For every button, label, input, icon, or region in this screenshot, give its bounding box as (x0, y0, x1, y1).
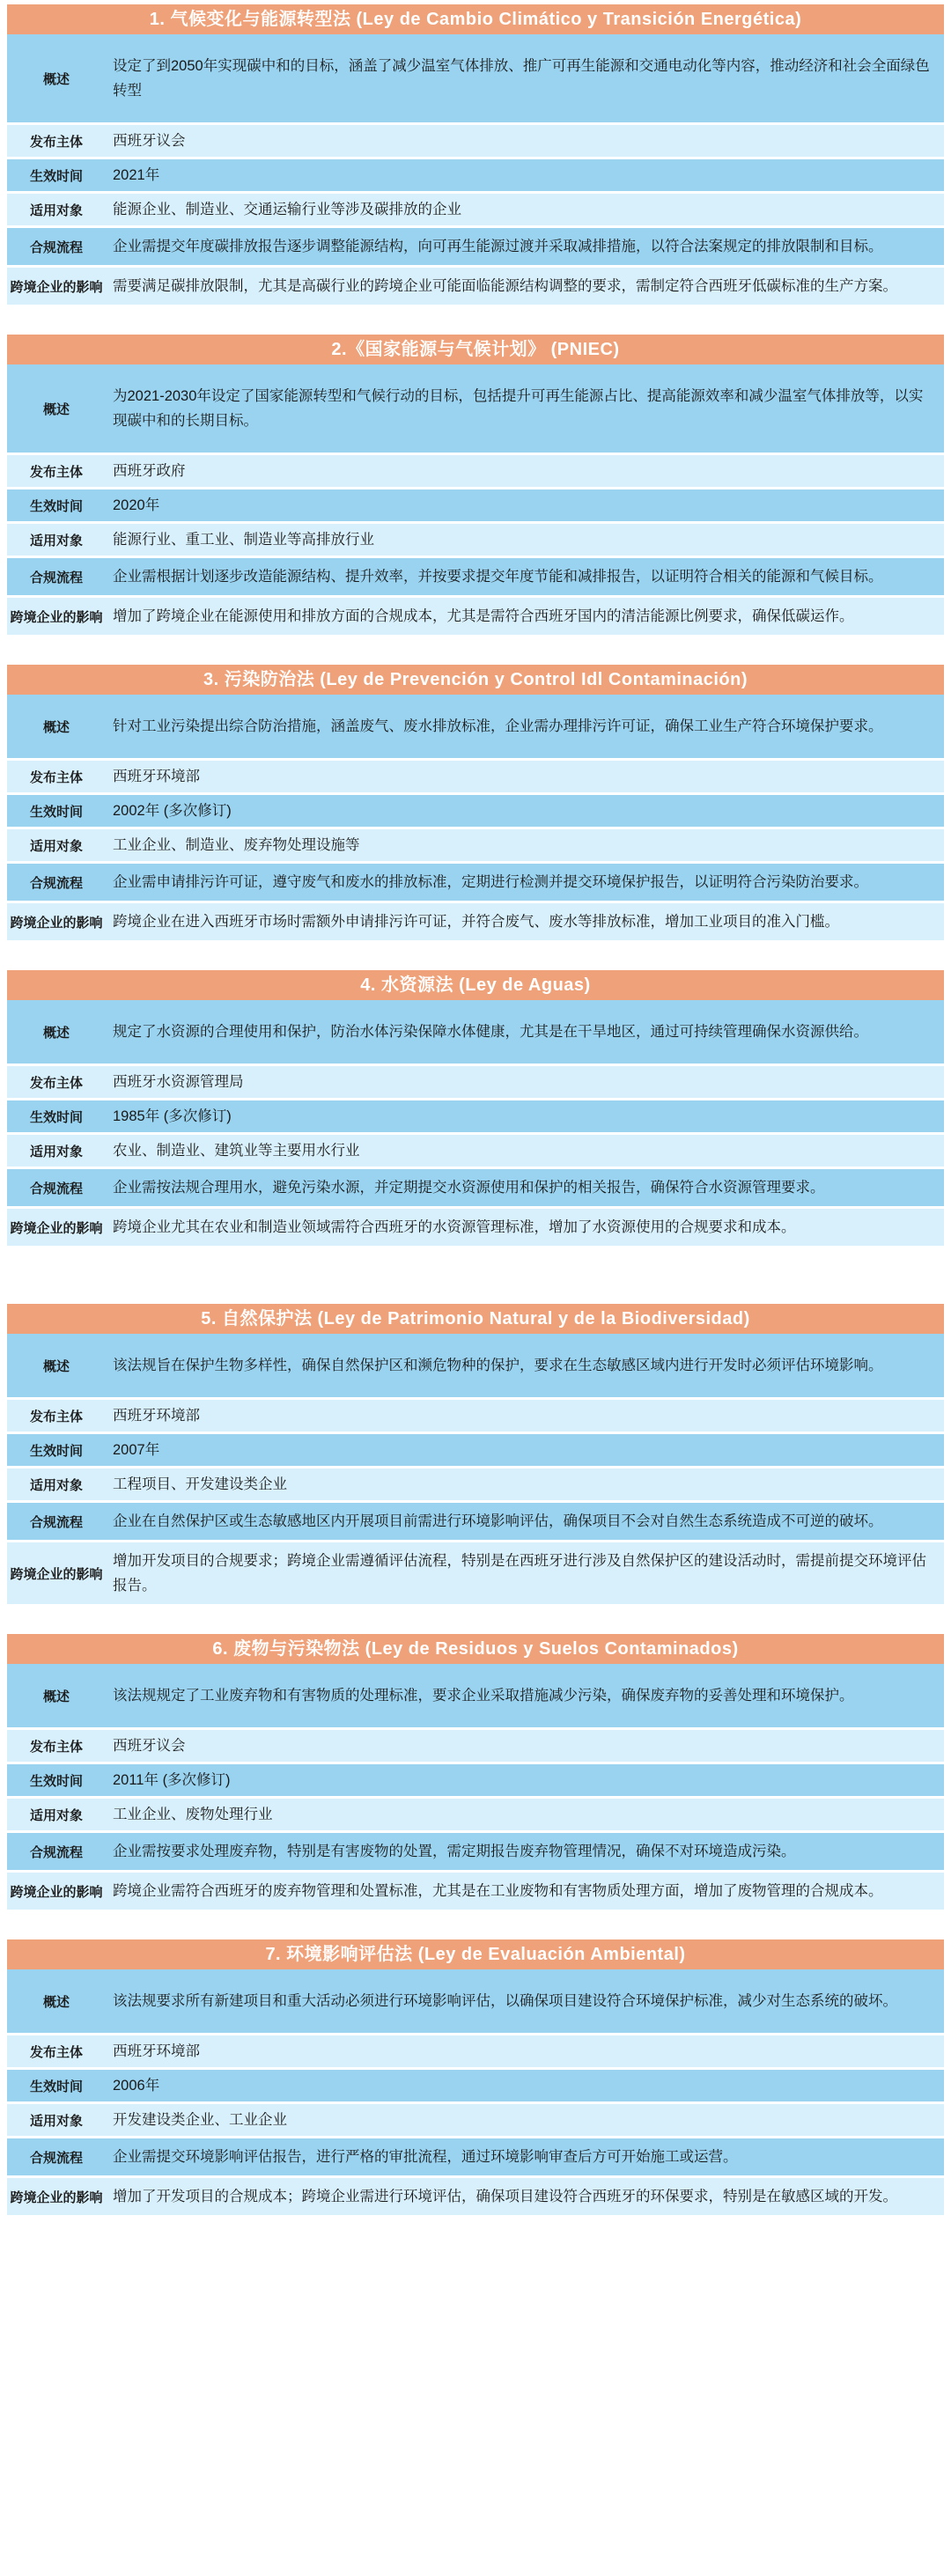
row-value: 企业在自然保护区或生态敏感地区内开展项目前需进行环境影响评估，确保项目不会对自然… (113, 1509, 883, 1534)
row-issuer: 发布主体 西班牙议会 (7, 1727, 944, 1762)
row-label: 合规流程 (7, 864, 106, 901)
row-label: 适用对象 (7, 1799, 106, 1830)
row-label: 跨境企业的影响 (7, 1873, 106, 1910)
row-compliance-process: 合规流程 企业在自然保护区或生态敏感地区内开展项目前需进行环境影响评估，确保项目… (7, 1500, 944, 1540)
row-cross-border-impact: 跨境企业的影响 增加了跨境企业在能源使用和排放方面的合规成本，尤其是需符合西班牙… (7, 595, 944, 635)
row-label: 合规流程 (7, 2138, 106, 2175)
row-value: 西班牙水资源管理局 (113, 1070, 244, 1094)
row-value: 2007年 (113, 1438, 159, 1462)
row-issuer: 发布主体 西班牙议会 (7, 122, 944, 157)
spain-environmental-laws-table: 1. 气候变化与能源转型法 (Ley de Cambio Climático y… (0, 0, 951, 2217)
row-value: 企业需按法规合理用水，避免污染水源，并定期提交水资源使用和保护的相关报告，确保符… (113, 1175, 825, 1200)
row-compliance-process: 合规流程 企业需按法规合理用水，避免污染水源，并定期提交水资源使用和保护的相关报… (7, 1167, 944, 1206)
row-cross-border-impact: 跨境企业的影响 增加了开发项目的合规成本；跨境企业需进行环境评估，确保项目建设符… (7, 2175, 944, 2215)
row-value: 2021年 (113, 163, 159, 188)
row-effective-date: 生效时间 2006年 (7, 2067, 944, 2101)
row-value: 能源行业、重工业、制造业等高排放行业 (113, 527, 374, 552)
row-label: 合规流程 (7, 1169, 106, 1206)
row-value: 该法规规定了工业废弃物和有害物质的处理标准，要求企业采取措施减少污染，确保废弃物… (113, 1683, 854, 1708)
section-title: 6. 废物与污染物法 (Ley de Residuos y Suelos Con… (7, 1634, 944, 1664)
row-applicable-targets: 适用对象 能源行业、重工业、制造业等高排放行业 (7, 521, 944, 556)
row-label: 生效时间 (7, 1100, 106, 1132)
law-section-1: 1. 气候变化与能源转型法 (Ley de Cambio Climático y… (7, 4, 944, 305)
row-label: 概述 (7, 364, 106, 453)
row-value: 增加了开发项目的合规成本；跨境企业需进行环境评估，确保项目建设符合西班牙的环保要… (113, 2184, 897, 2209)
row-label: 生效时间 (7, 795, 106, 827)
row-label: 生效时间 (7, 2070, 106, 2101)
row-value: 工业企业、制造业、废弃物处理设施等 (113, 833, 360, 857)
row-label: 适用对象 (7, 2104, 106, 2136)
row-label: 概述 (7, 34, 106, 122)
row-value: 企业需申请排污许可证，遵守废气和废水的排放标准，定期进行检测并提交环境保护报告，… (113, 870, 868, 894)
row-value: 西班牙政府 (113, 459, 186, 483)
row-value: 工程项目、开发建设类企业 (113, 1472, 287, 1497)
row-overview: 概述 设定了到2050年实现碳中和的目标，涵盖了减少温室气体排放、推广可再生能源… (7, 34, 944, 122)
row-label: 适用对象 (7, 194, 106, 225)
law-section-7: 7. 环境影响评估法 (Ley de Evaluación Ambiental)… (7, 1939, 944, 2215)
law-section-5: 5. 自然保护法 (Ley de Patrimonio Natural y de… (7, 1304, 944, 1604)
row-applicable-targets: 适用对象 开发建设类企业、工业企业 (7, 2101, 944, 2136)
row-cross-border-impact: 跨境企业的影响 跨境企业尤其在农业和制造业领域需符合西班牙的水资源管理标准，增加… (7, 1206, 944, 1246)
row-label: 跨境企业的影响 (7, 1209, 106, 1246)
row-label: 概述 (7, 1969, 106, 2033)
row-value: 开发建设类企业、工业企业 (113, 2108, 287, 2132)
row-label: 概述 (7, 1334, 106, 1397)
row-label: 适用对象 (7, 829, 106, 861)
section-title: 2.《国家能源与气候计划》 (PNIEC) (7, 335, 944, 364)
row-label: 发布主体 (7, 761, 106, 792)
row-value: 跨境企业在进入西班牙市场时需额外申请排污许可证，并符合废气、废水等排放标准，增加… (113, 909, 839, 934)
row-applicable-targets: 适用对象 农业、制造业、建筑业等主要用水行业 (7, 1132, 944, 1167)
section-title: 4. 水资源法 (Ley de Aguas) (7, 970, 944, 1000)
row-label: 概述 (7, 1000, 106, 1064)
row-value: 企业需根据计划逐步改造能源结构、提升效率，并按要求提交年度节能和减排报告，以证明… (113, 564, 883, 589)
row-label: 生效时间 (7, 1764, 106, 1796)
row-applicable-targets: 适用对象 工业企业、废物处理行业 (7, 1796, 944, 1830)
row-overview: 概述 规定了水资源的合理使用和保护，防治水体污染保障水体健康，尤其是在干旱地区，… (7, 1000, 944, 1064)
row-value: 规定了水资源的合理使用和保护，防治水体污染保障水体健康，尤其是在干旱地区，通过可… (113, 1019, 868, 1044)
row-value: 该法规旨在保护生物多样性，确保自然保护区和濒危物种的保护，要求在生态敏感区域内进… (113, 1353, 883, 1378)
row-compliance-process: 合规流程 企业需根据计划逐步改造能源结构、提升效率，并按要求提交年度节能和减排报… (7, 556, 944, 595)
row-label: 跨境企业的影响 (7, 268, 106, 305)
row-label: 合规流程 (7, 1503, 106, 1540)
row-effective-date: 生效时间 2020年 (7, 487, 944, 521)
row-label: 跨境企业的影响 (7, 598, 106, 635)
row-label: 合规流程 (7, 558, 106, 595)
row-label: 概述 (7, 1664, 106, 1727)
row-value: 企业需提交环境影响评估报告，进行严格的审批流程，通过环境影响审查后方可开始施工或… (113, 2145, 738, 2169)
row-value: 需要满足碳排放限制，尤其是高碳行业的跨境企业可能面临能源结构调整的要求，需制定符… (113, 274, 897, 298)
row-value: 2020年 (113, 493, 159, 518)
row-effective-date: 生效时间 2007年 (7, 1432, 944, 1466)
row-label: 适用对象 (7, 524, 106, 556)
law-section-6: 6. 废物与污染物法 (Ley de Residuos y Suelos Con… (7, 1634, 944, 1910)
row-cross-border-impact: 跨境企业的影响 增加开发项目的合规要求；跨境企业需遵循评估流程，特别是在西班牙进… (7, 1540, 944, 1604)
row-label: 发布主体 (7, 1400, 106, 1432)
row-applicable-targets: 适用对象 工程项目、开发建设类企业 (7, 1466, 944, 1500)
row-label: 发布主体 (7, 1066, 106, 1098)
row-label: 生效时间 (7, 159, 106, 191)
row-issuer: 发布主体 西班牙环境部 (7, 2033, 944, 2067)
row-value: 工业企业、废物处理行业 (113, 1802, 273, 1827)
law-section-3: 3. 污染防治法 (Ley de Prevención y Control Id… (7, 665, 944, 940)
row-issuer: 发布主体 西班牙环境部 (7, 758, 944, 792)
row-cross-border-impact: 跨境企业的影响 需要满足碳排放限制，尤其是高碳行业的跨境企业可能面临能源结构调整… (7, 265, 944, 305)
row-label: 发布主体 (7, 1730, 106, 1762)
row-cross-border-impact: 跨境企业的影响 跨境企业需符合西班牙的废弃物管理和处置标准，尤其是在工业废物和有… (7, 1870, 944, 1910)
row-label: 适用对象 (7, 1468, 106, 1500)
row-value: 西班牙议会 (113, 1733, 186, 1758)
section-title: 3. 污染防治法 (Ley de Prevención y Control Id… (7, 665, 944, 695)
row-issuer: 发布主体 西班牙政府 (7, 453, 944, 487)
row-compliance-process: 合规流程 企业需提交年度碳排放报告逐步调整能源结构，向可再生能源过渡并采取减排措… (7, 225, 944, 265)
row-value: 西班牙环境部 (113, 764, 200, 789)
row-value: 能源企业、制造业、交通运输行业等涉及碳排放的企业 (113, 197, 461, 222)
row-value: 设定了到2050年实现碳中和的目标，涵盖了减少温室气体排放、推广可再生能源和交通… (113, 54, 933, 103)
row-effective-date: 生效时间 2002年 (多次修订) (7, 792, 944, 827)
row-overview: 概述 针对工业污染提出综合防治措施，涵盖废气、废水排放标准，企业需办理排污许可证… (7, 695, 944, 758)
row-label: 合规流程 (7, 1833, 106, 1870)
row-label: 合规流程 (7, 228, 106, 265)
row-label: 适用对象 (7, 1135, 106, 1167)
row-label: 跨境企业的影响 (7, 903, 106, 940)
row-issuer: 发布主体 西班牙水资源管理局 (7, 1064, 944, 1098)
row-value: 2011年 (多次修订) (113, 1768, 231, 1792)
section-title: 5. 自然保护法 (Ley de Patrimonio Natural y de… (7, 1304, 944, 1334)
row-overview: 概述 该法规规定了工业废弃物和有害物质的处理标准，要求企业采取措施减少污染，确保… (7, 1664, 944, 1727)
row-cross-border-impact: 跨境企业的影响 跨境企业在进入西班牙市场时需额外申请排污许可证，并符合废气、废水… (7, 901, 944, 940)
row-overview: 概述 为2021-2030年设定了国家能源转型和气候行动的目标，包括提升可再生能… (7, 364, 944, 453)
row-effective-date: 生效时间 2011年 (多次修订) (7, 1762, 944, 1796)
row-overview: 概述 该法规旨在保护生物多样性，确保自然保护区和濒危物种的保护，要求在生态敏感区… (7, 1334, 944, 1397)
row-applicable-targets: 适用对象 能源企业、制造业、交通运输行业等涉及碳排放的企业 (7, 191, 944, 225)
row-value: 西班牙议会 (113, 129, 186, 153)
row-label: 生效时间 (7, 1434, 106, 1466)
row-label: 发布主体 (7, 2035, 106, 2067)
row-label: 生效时间 (7, 489, 106, 521)
row-label: 跨境企业的影响 (7, 1542, 106, 1604)
row-value: 跨境企业尤其在农业和制造业领域需符合西班牙的水资源管理标准，增加了水资源使用的合… (113, 1215, 796, 1240)
row-value: 2002年 (多次修订) (113, 799, 232, 823)
row-issuer: 发布主体 西班牙环境部 (7, 1397, 944, 1432)
row-label: 跨境企业的影响 (7, 2178, 106, 2215)
row-value: 增加开发项目的合规要求；跨境企业需遵循评估流程，特别是在西班牙进行涉及自然保护区… (113, 1549, 933, 1598)
row-value: 企业需提交年度碳排放报告逐步调整能源结构，向可再生能源过渡并采取减排措施，以符合… (113, 234, 883, 259)
row-compliance-process: 合规流程 企业需申请排污许可证，遵守废气和废水的排放标准，定期进行检测并提交环境… (7, 861, 944, 901)
row-compliance-process: 合规流程 企业需按要求处理废弃物，特别是有害废物的处置，需定期报告废弃物管理情况… (7, 1830, 944, 1870)
row-value: 为2021-2030年设定了国家能源转型和气候行动的目标，包括提升可再生能源占比… (113, 384, 933, 433)
row-label: 发布主体 (7, 455, 106, 487)
row-applicable-targets: 适用对象 工业企业、制造业、废弃物处理设施等 (7, 827, 944, 861)
row-effective-date: 生效时间 1985年 (多次修订) (7, 1098, 944, 1132)
row-value: 西班牙环境部 (113, 1403, 200, 1428)
row-label: 发布主体 (7, 125, 106, 157)
row-value: 农业、制造业、建筑业等主要用水行业 (113, 1138, 360, 1163)
section-title: 7. 环境影响评估法 (Ley de Evaluación Ambiental) (7, 1939, 944, 1969)
row-value: 增加了跨境企业在能源使用和排放方面的合规成本，尤其是需符合西班牙国内的清洁能源比… (113, 604, 854, 629)
row-value: 跨境企业需符合西班牙的废弃物管理和处置标准，尤其是在工业废物和有害物质处理方面，… (113, 1879, 883, 1903)
row-value: 该法规要求所有新建项目和重大活动必须进行环境影响评估，以确保项目建设符合环境保护… (113, 1989, 897, 2013)
law-section-2: 2.《国家能源与气候计划》 (PNIEC) 概述 为2021-2030年设定了国… (7, 335, 944, 635)
row-value: 2006年 (113, 2073, 159, 2098)
row-effective-date: 生效时间 2021年 (7, 157, 944, 191)
row-value: 企业需按要求处理废弃物，特别是有害废物的处置，需定期报告废弃物管理情况，确保不对… (113, 1839, 796, 1864)
row-value: 针对工业污染提出综合防治措施，涵盖废气、废水排放标准，企业需办理排污许可证，确保… (113, 714, 883, 739)
row-value: 1985年 (多次修订) (113, 1104, 232, 1129)
row-label: 概述 (7, 695, 106, 758)
row-overview: 概述 该法规要求所有新建项目和重大活动必须进行环境影响评估，以确保项目建设符合环… (7, 1969, 944, 2033)
row-value: 西班牙环境部 (113, 2039, 200, 2064)
section-title: 1. 气候变化与能源转型法 (Ley de Cambio Climático y… (7, 4, 944, 34)
law-section-4: 4. 水资源法 (Ley de Aguas) 概述 规定了水资源的合理使用和保护… (7, 970, 944, 1246)
row-compliance-process: 合规流程 企业需提交环境影响评估报告，进行严格的审批流程，通过环境影响审查后方可… (7, 2136, 944, 2175)
